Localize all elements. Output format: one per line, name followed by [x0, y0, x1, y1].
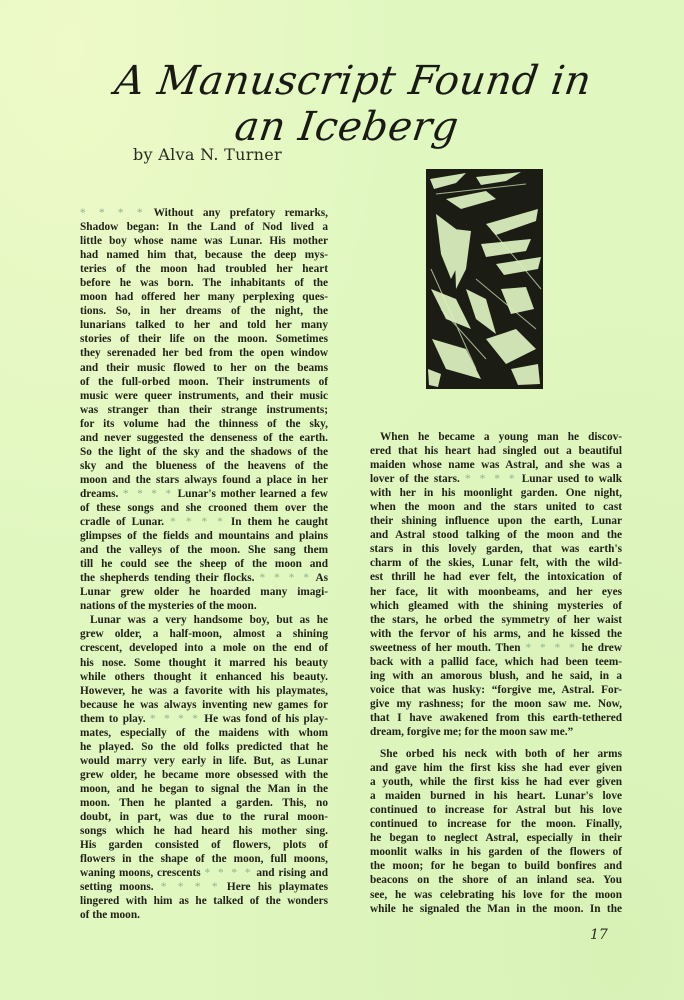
text-line: lover of the stars. * * * * Lunar used t…	[370, 472, 622, 486]
text-line: and their music flowed to her on the bea…	[80, 361, 328, 375]
text-line: and never suggested the denseness of the…	[80, 431, 328, 445]
text-line: nations of the mysteries of the moon.	[80, 599, 328, 613]
text-line: they serenaded her bed from the open win…	[80, 346, 328, 360]
text-line: of the moon.	[80, 908, 328, 922]
text-line: was stranger than their strange instrume…	[80, 403, 328, 417]
text-line: while he signaled the Man in the moon. I…	[370, 902, 622, 916]
text-line: give my rashness; for the moon saw me. N…	[370, 697, 622, 711]
text-line: the shepherds tending their flocks. * * …	[80, 571, 328, 585]
paragraph-gap	[370, 739, 622, 747]
text-line: with the fervor of his arms, and he kiss…	[370, 627, 622, 641]
text-line: would marry very early in life. But, as …	[80, 754, 328, 768]
text-line: tions. So, in her dreams of the night, t…	[80, 304, 328, 318]
text-line: dreams. * * * * Lunar's mother learned a…	[80, 487, 328, 501]
text-line: of these songs and she crooned them over…	[80, 501, 328, 515]
text-line: charm of the skies, Lunar felt, with the…	[370, 556, 622, 570]
woodcut-illustration-icon	[426, 169, 543, 389]
text-line: ered that his heart had singled out a be…	[370, 444, 622, 458]
text-line: stars in this lovely garden, that was ea…	[370, 542, 622, 556]
text-line: her face, lit with moonbeams, and her ey…	[370, 585, 622, 599]
page-number: 17	[590, 927, 608, 943]
text-line: glimpses of the fields and mountains and…	[80, 529, 328, 543]
text-line: he played. So the old folks predicted th…	[80, 740, 328, 754]
text-line: a youth, while the first kiss he had eve…	[370, 775, 622, 789]
text-line: crescent, developed into a mole on the e…	[80, 641, 328, 655]
text-line: voice that was husky: “forgive me, Astra…	[370, 683, 622, 697]
section-break-stars: * * * *	[170, 516, 225, 528]
text-line: cradle of Lunar. * * * * In them he caug…	[80, 515, 328, 529]
text-line: Lunar was a very handsome boy, but as he	[80, 613, 328, 627]
text-line: songs which he had heard his mother sing…	[80, 824, 328, 838]
text-line: little boy whose name was Lunar. His mot…	[80, 234, 328, 248]
text-line: the stars, he orbed the symmetry of her …	[370, 613, 622, 627]
text-line: mates, especially of the maidens with wh…	[80, 726, 328, 740]
text-line: moon had offered her many perplexing que…	[80, 290, 328, 304]
text-line: est thrill he had ever felt, the intoxic…	[370, 570, 622, 584]
text-line: teries of the moon had troubled her hear…	[80, 262, 328, 276]
right-column: When he became a young man he discov-ere…	[370, 430, 622, 916]
text-line: * * * * Without any prefatory remarks,	[80, 206, 328, 220]
text-line: and the valleys of the moon. She sang th…	[80, 543, 328, 557]
text-line: continued to increase for Astral but his…	[370, 803, 622, 817]
magazine-page: A Manuscript Found in an Iceberg by Alva…	[0, 0, 684, 1000]
text-line: the moon; for he began to build bonfires…	[370, 859, 622, 873]
text-line: while others thought it enhanced his bea…	[80, 670, 328, 684]
text-line: of the full-orbed moon. Their instrument…	[80, 375, 328, 389]
text-line: setting moons. * * * * Here his playmate…	[80, 880, 328, 894]
section-break-stars: * * * *	[525, 642, 576, 654]
section-break-stars: * * * *	[150, 713, 200, 725]
text-line: maiden whose name was Astral, and she wa…	[370, 458, 622, 472]
text-line: lunarians talked to her and told her man…	[80, 318, 328, 332]
text-line: waning moons, crescents * * * * and risi…	[80, 866, 328, 880]
text-line: Shadow began: In the Land of Nod lived a	[80, 220, 328, 234]
text-line: continued to increase for the moon. Fina…	[370, 817, 622, 831]
text-line: and gave him the first kiss she had ever…	[370, 761, 622, 775]
text-line: because he was always inventing new game…	[80, 698, 328, 712]
text-line: However, he was a favorite with his play…	[80, 684, 328, 698]
text-line: lingered with him as he talked of the wo…	[80, 894, 328, 908]
illustration-art	[426, 169, 543, 389]
text-line: Lunar grew older he hoarded many imagi-	[80, 585, 328, 599]
text-line: which gleamed with the shining mysteries…	[370, 599, 622, 613]
text-line: sky and the blueness of the heavens of t…	[80, 459, 328, 473]
text-line: for its volume had the thinness of the s…	[80, 417, 328, 431]
text-line: She orbed his neck with both of her arms	[370, 747, 622, 761]
text-line: their shining influence upon the earth, …	[370, 514, 622, 528]
section-break-stars: * * * *	[161, 881, 220, 893]
text-line: and Astral stood talking of the moon and…	[370, 528, 622, 542]
section-break-stars: * * * *	[123, 488, 173, 500]
text-line: music were queer instruments, and their …	[80, 389, 328, 403]
article-title: A Manuscript Found in an Iceberg	[94, 58, 607, 150]
text-line: had named him that, because the deep mys…	[80, 248, 328, 262]
text-line: see, he was celebrating his love for the…	[370, 888, 622, 902]
text-line: dream, forgive me; for the moon saw me.”	[370, 725, 622, 739]
text-line: when the moon and the stars united to ca…	[370, 500, 622, 514]
text-line: that I have awakened from this earth-tet…	[370, 711, 622, 725]
text-line: moon. Then he planted a garden. This, no	[80, 796, 328, 810]
text-line: grew older, he became more obsessed with…	[80, 768, 328, 782]
text-line: doubt, in part, was due to the rural moo…	[80, 810, 328, 824]
text-line: flowers in the shape of the moon, full m…	[80, 852, 328, 866]
text-line: sweetness of her mouth. Then * * * * he …	[370, 641, 622, 655]
section-break-stars: * * * *	[465, 473, 517, 485]
article-byline: by Alva N. Turner	[133, 145, 282, 164]
text-line: stories of their life on the moon. Somet…	[80, 332, 328, 346]
text-line: his nose. Some thought it marred his bea…	[80, 656, 328, 670]
text-line: before he was born. The inhabitants of t…	[80, 276, 328, 290]
section-break-stars: * * * *	[205, 867, 253, 879]
text-line: So the light of the sky and the shadows …	[80, 445, 328, 459]
text-line: ing with an amorous blush, and he said, …	[370, 669, 622, 683]
section-break-stars: * * * *	[259, 572, 311, 584]
text-line: with her in his moonlight garden. One ni…	[370, 486, 622, 500]
text-line: till he could see the sheep of the moon …	[80, 557, 328, 571]
text-line: moon and the stars always found a place …	[80, 473, 328, 487]
text-line: His garden consisted of flowers, plots o…	[80, 838, 328, 852]
text-line: back with a pallid face, which had been …	[370, 655, 622, 669]
left-column: * * * * Without any prefatory remarks,Sh…	[80, 206, 328, 922]
text-line: a maiden burned in his heart. Lunar's lo…	[370, 789, 622, 803]
text-line: he began to neglect Astral, especially i…	[370, 831, 622, 845]
section-break-stars: * * * *	[80, 207, 144, 219]
text-line: moonlit walks in his garden of the flowe…	[370, 845, 622, 859]
text-line: When he became a young man he discov-	[370, 430, 622, 444]
text-line: moon, and he began to signal the Man in …	[80, 782, 328, 796]
text-line: beacons on the shore of an inland sea. Y…	[370, 873, 622, 887]
text-line: grew older, a half-moon, almost a shinin…	[80, 627, 328, 641]
text-line: them to play. * * * * He was fond of his…	[80, 712, 328, 726]
